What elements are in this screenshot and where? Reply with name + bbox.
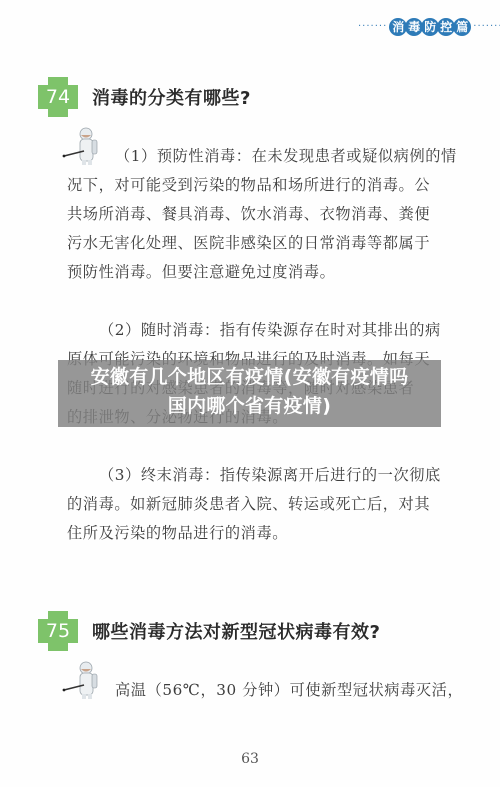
text-line: 住所及污染的物品进行的消毒。 xyxy=(67,519,471,548)
dots-left: ······· xyxy=(358,22,387,32)
title-overlay-banner: 安徽有几个地区有疫情(安徽有疫情吗 国内哪个省有疫情) xyxy=(58,360,441,427)
overlay-title-line-2: 国内哪个省有疫情) xyxy=(58,392,441,421)
text-line: 的消毒。如新冠肺炎患者入院、转运或死亡后，对其 xyxy=(67,490,471,519)
overlay-title: 安徽有几个地区有疫情(安徽有疫情吗 国内哪个省有疫情) xyxy=(58,363,441,421)
section-header-75: 75 哪些消毒方法对新型冠状病毒有效? xyxy=(38,611,380,651)
paragraph-preventive-disinfection: （1）预防性消毒：在未发现患者或疑似病例的情 况下，对可能受到污染的物品和场所进… xyxy=(67,142,471,287)
page-number: 63 xyxy=(0,751,500,767)
green-cross-badge-icon: 75 xyxy=(38,611,78,651)
paragraph-terminal-disinfection: （3）终末消毒：指传染源离开后进行的一次彻底 的消毒。如新冠肺炎患者入院、转运或… xyxy=(67,461,471,548)
dots-right: ······· xyxy=(473,22,500,32)
book-page: ······· 消 毒 防 控 篇 ······· 74 消毒的分类有哪些? （… xyxy=(0,0,500,787)
text-line: 况下，对可能受到污染的物品和场所进行的消毒。公 xyxy=(67,171,471,200)
section-header-74: 74 消毒的分类有哪些? xyxy=(38,77,251,117)
text-line: （3）终末消毒：指传染源离开后进行的一次彻底 xyxy=(67,461,471,490)
text-line: 预防性消毒。但要注意避免过度消毒。 xyxy=(67,258,471,287)
section-title: 哪些消毒方法对新型冠状病毒有效? xyxy=(92,618,380,644)
chapter-char: 篇 xyxy=(453,18,471,36)
overlay-title-line-1: 安徽有几个地区有疫情(安徽有疫情吗 xyxy=(58,363,441,392)
section-title: 消毒的分类有哪些? xyxy=(92,84,251,110)
green-cross-badge-icon: 74 xyxy=(38,77,78,117)
chapter-tag: ······· 消 毒 防 控 篇 ······· xyxy=(358,18,500,36)
text-line: 高温（56℃，30 分钟）可使新型冠状病毒灭活， xyxy=(67,676,471,705)
paragraph-high-temperature: 高温（56℃，30 分钟）可使新型冠状病毒灭活， xyxy=(67,676,471,705)
chapter-label: 消 毒 防 控 篇 xyxy=(389,18,471,36)
text-line: 共场所消毒、餐具消毒、饮水消毒、衣物消毒、粪便 xyxy=(67,200,471,229)
text-line: （2）随时消毒：指有传染源存在时对其排出的病 xyxy=(67,316,471,345)
text-line: 污水无害化处理、医院非感染区的日常消毒等都属于 xyxy=(67,229,471,258)
section-number: 75 xyxy=(38,619,78,643)
section-number: 74 xyxy=(38,85,78,109)
text-line: （1）预防性消毒：在未发现患者或疑似病例的情 xyxy=(67,142,471,171)
